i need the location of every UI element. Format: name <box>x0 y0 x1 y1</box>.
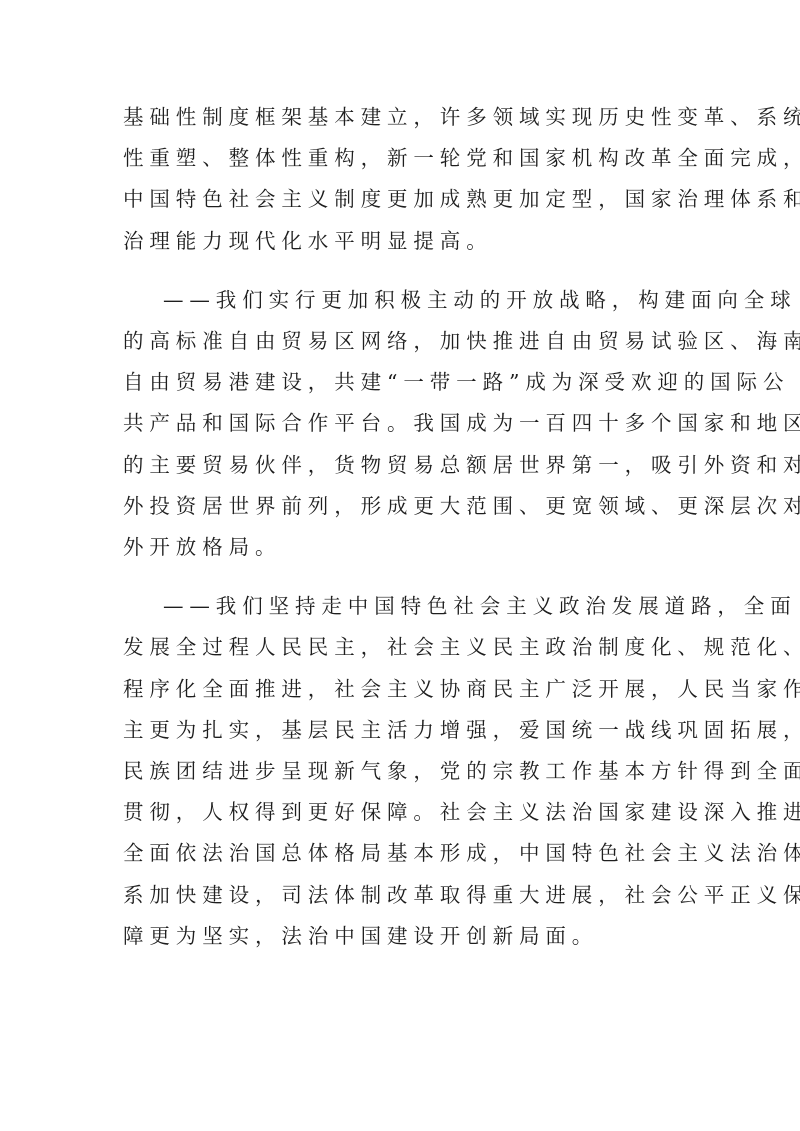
document-page: 基础性制度框架基本建立，许多领域实现历史性变革、系统 性重塑、整体性重构，新一轮… <box>0 0 800 1131</box>
text-line: 民族团结进步呈现新气象，党的宗教工作基本方针得到全面 <box>123 751 683 792</box>
text-line: ——我们坚持走中国特色社会主义政治发展道路，全面 <box>123 586 683 627</box>
text-line: 主更为扎实，基层民主活力增强，爱国统一战线巩固拓展， <box>123 710 683 751</box>
text-line: 治理能力现代化水平明显提高。 <box>123 221 683 262</box>
text-line: 全面依法治国总体格局基本形成，中国特色社会主义法治体 <box>123 833 683 874</box>
document-body: 基础性制度框架基本建立，许多领域实现历史性变革、系统 性重塑、整体性重构，新一轮… <box>123 97 683 975</box>
text-line: 程序化全面推进，社会主义协商民主广泛开展，人民当家作 <box>123 669 683 710</box>
text-line: ——我们实行更加积极主动的开放战略，构建面向全球 <box>123 280 683 321</box>
text-line: 的主要贸易伙伴，货物贸易总额居世界第一，吸引外资和对 <box>123 445 683 486</box>
paragraph-opening-up: ——我们实行更加积极主动的开放战略，构建面向全球 的高标准自由贸易区网络，加快推… <box>123 280 683 568</box>
text-line: 基础性制度框架基本建立，许多领域实现历史性变革、系统 <box>123 97 683 138</box>
text-line: 共产品和国际合作平台。我国成为一百四十多个国家和地区 <box>123 403 683 444</box>
text-line: 中国特色社会主义制度更加成熟更加定型，国家治理体系和 <box>123 179 683 220</box>
paragraph-institutional-reform: 基础性制度框架基本建立，许多领域实现历史性变革、系统 性重塑、整体性重构，新一轮… <box>123 97 683 262</box>
text-line: 的高标准自由贸易区网络，加快推进自由贸易试验区、海南 <box>123 321 683 362</box>
text-line: 系加快建设，司法体制改革取得重大进展，社会公平正义保 <box>123 875 683 916</box>
text-line: 贯彻，人权得到更好保障。社会主义法治国家建设深入推进， <box>123 792 683 833</box>
text-line: 发展全过程人民民主，社会主义民主政治制度化、规范化、 <box>123 627 683 668</box>
text-line: 障更为坚实，法治中国建设开创新局面。 <box>123 916 683 957</box>
text-line: 外投资居世界前列，形成更大范围、更宽领域、更深层次对 <box>123 486 683 527</box>
text-line: 自由贸易港建设，共建“一带一路”成为深受欢迎的国际公 <box>123 362 683 403</box>
text-line: 外开放格局。 <box>123 527 683 568</box>
paragraph-political-development: ——我们坚持走中国特色社会主义政治发展道路，全面 发展全过程人民民主，社会主义民… <box>123 586 683 957</box>
text-line: 性重塑、整体性重构，新一轮党和国家机构改革全面完成， <box>123 138 683 179</box>
